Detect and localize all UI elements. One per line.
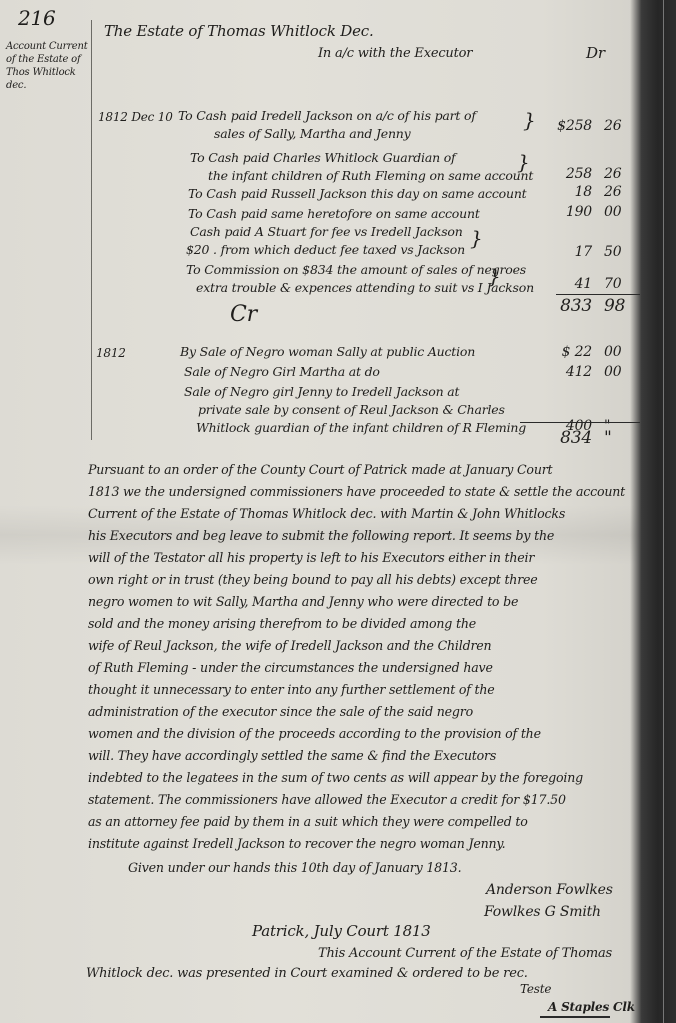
debit-total-dollars: 833 [542, 296, 592, 316]
report-line: indebted to the legatees in the sum of t… [88, 770, 583, 785]
debit-amount-5: 17 [542, 244, 592, 260]
debit-entry-6-line-2: extra trouble & expences attending to su… [196, 280, 534, 295]
debit-amount-1: $258 [542, 118, 592, 134]
debit-cents-6: 70 [604, 276, 634, 292]
credit-entry-1: By Sale of Negro woman Sally at public A… [180, 344, 475, 359]
debit-entry-1-line-2: sales of Sally, Martha and Jenny [214, 126, 411, 141]
debit-entry-2-line-2: the infant children of Ruth Fleming on s… [208, 168, 533, 183]
debit-cents-4: 00 [604, 204, 634, 220]
signature-underline [540, 1016, 610, 1018]
brace-mark: } [470, 226, 483, 250]
credit-cents-1: 00 [604, 344, 634, 360]
signature-2: Fowlkes G Smith [484, 904, 601, 920]
document-page: 216 Account Current of the Estate of Tho… [0, 0, 676, 1023]
report-line: 1813 we the undersigned commissioners ha… [88, 484, 625, 499]
debit-entry-1-line-1: To Cash paid Iredell Jackson on a/c of h… [178, 108, 476, 123]
debit-cents-5: 50 [604, 244, 634, 260]
credit-entry-3-line-1: Sale of Negro girl Jenny to Iredell Jack… [184, 384, 459, 399]
report-line: own right or in trust (they being bound … [88, 572, 538, 587]
report-line: negro women to wit Sally, Martha and Jen… [88, 594, 518, 609]
account-title: The Estate of Thomas Whitlock Dec. [104, 22, 374, 40]
court-heading: Patrick, July Court 1813 [252, 922, 431, 940]
credit-entry-2: Sale of Negro Girl Martha at do [184, 364, 380, 379]
debit-cents-1: 26 [604, 118, 634, 134]
brace-mark: } [517, 150, 530, 174]
credit-amount-1: $ 22 [542, 344, 592, 360]
credit-entry-3-line-3: Whitlock guardian of the infant children… [196, 420, 526, 435]
credit-amount-2: 412 [542, 364, 592, 380]
credit-total-cents: " [604, 428, 634, 448]
total-rule [520, 422, 640, 423]
credit-marker: Cr [230, 302, 257, 327]
court-note-line: Whitlock dec. was presented in Court exa… [86, 966, 528, 981]
given-line: Given under our hands this 10th day of J… [128, 860, 461, 875]
debit-cents-3: 26 [604, 184, 634, 200]
debit-cents-2: 26 [604, 166, 634, 182]
report-line: Pursuant to an order of the County Court… [88, 462, 552, 477]
credit-date: 1812 [96, 346, 126, 360]
debit-entry-4: To Cash paid same heretofore on same acc… [188, 206, 480, 221]
brace-mark: } [523, 108, 536, 132]
debit-entry-5-line-1: Cash paid A Stuart for fee vs Iredell Ja… [190, 224, 463, 239]
debit-total-cents: 98 [604, 296, 634, 316]
report-line: thought it unnecessary to enter into any… [88, 682, 495, 697]
debit-entry-5-line-2: $20 . from which deduct fee taxed vs Jac… [186, 242, 465, 257]
report-line: women and the division of the proceeds a… [88, 726, 541, 741]
court-note-line: This Account Current of the Estate of Th… [318, 946, 612, 961]
debit-marker: Dr [586, 44, 605, 62]
debit-amount-4: 190 [542, 204, 592, 220]
debit-entry-2-line-1: To Cash paid Charles Whitlock Guardian o… [190, 150, 455, 165]
credit-cents-2: 00 [604, 364, 634, 380]
report-line: of Ruth Fleming - under the circumstance… [88, 660, 493, 675]
report-line: will of the Testator all his property is… [88, 550, 534, 565]
debit-entry-6-line-1: To Commission on $834 the amount of sale… [186, 262, 526, 277]
report-line: his Executors and beg leave to submit th… [88, 528, 554, 543]
report-line: administration of the executor since the… [88, 704, 473, 719]
report-line: institute against Iredell Jackson to rec… [88, 836, 505, 851]
margin-rule [91, 20, 92, 440]
margin-note: Account Current of the Estate of Thos Wh… [6, 40, 90, 92]
debit-amount-2: 258 [542, 166, 592, 182]
clerk-signature: A Staples Clk [548, 1000, 635, 1014]
credit-total-dollars: 834 [542, 428, 592, 448]
report-line: statement. The commissioners have allowe… [88, 792, 566, 807]
page-number: 216 [18, 6, 56, 30]
report-line: as an attorney fee paid by them in a sui… [88, 814, 528, 829]
report-line: wife of Reul Jackson, the wife of Iredel… [88, 638, 491, 653]
report-line: sold and the money arising therefrom to … [88, 616, 476, 631]
account-subtitle: In a/c with the Executor [318, 46, 472, 61]
report-line: will. They have accordingly settled the … [88, 748, 496, 763]
credit-entry-3-line-2: private sale by consent of Reul Jackson … [198, 402, 505, 417]
debit-entry-3: To Cash paid Russell Jackson this day on… [188, 186, 527, 201]
teste-label: Teste [520, 982, 551, 996]
brace-mark: } [488, 264, 501, 288]
signature-1: Anderson Fowlkes [486, 882, 613, 898]
scan-edge [630, 0, 676, 1023]
report-line: Current of the Estate of Thomas Whitlock… [88, 506, 565, 521]
debit-amount-6: 41 [542, 276, 592, 292]
debit-date: 1812 Dec 10 [98, 110, 173, 124]
total-rule [556, 294, 640, 295]
debit-amount-3: 18 [542, 184, 592, 200]
